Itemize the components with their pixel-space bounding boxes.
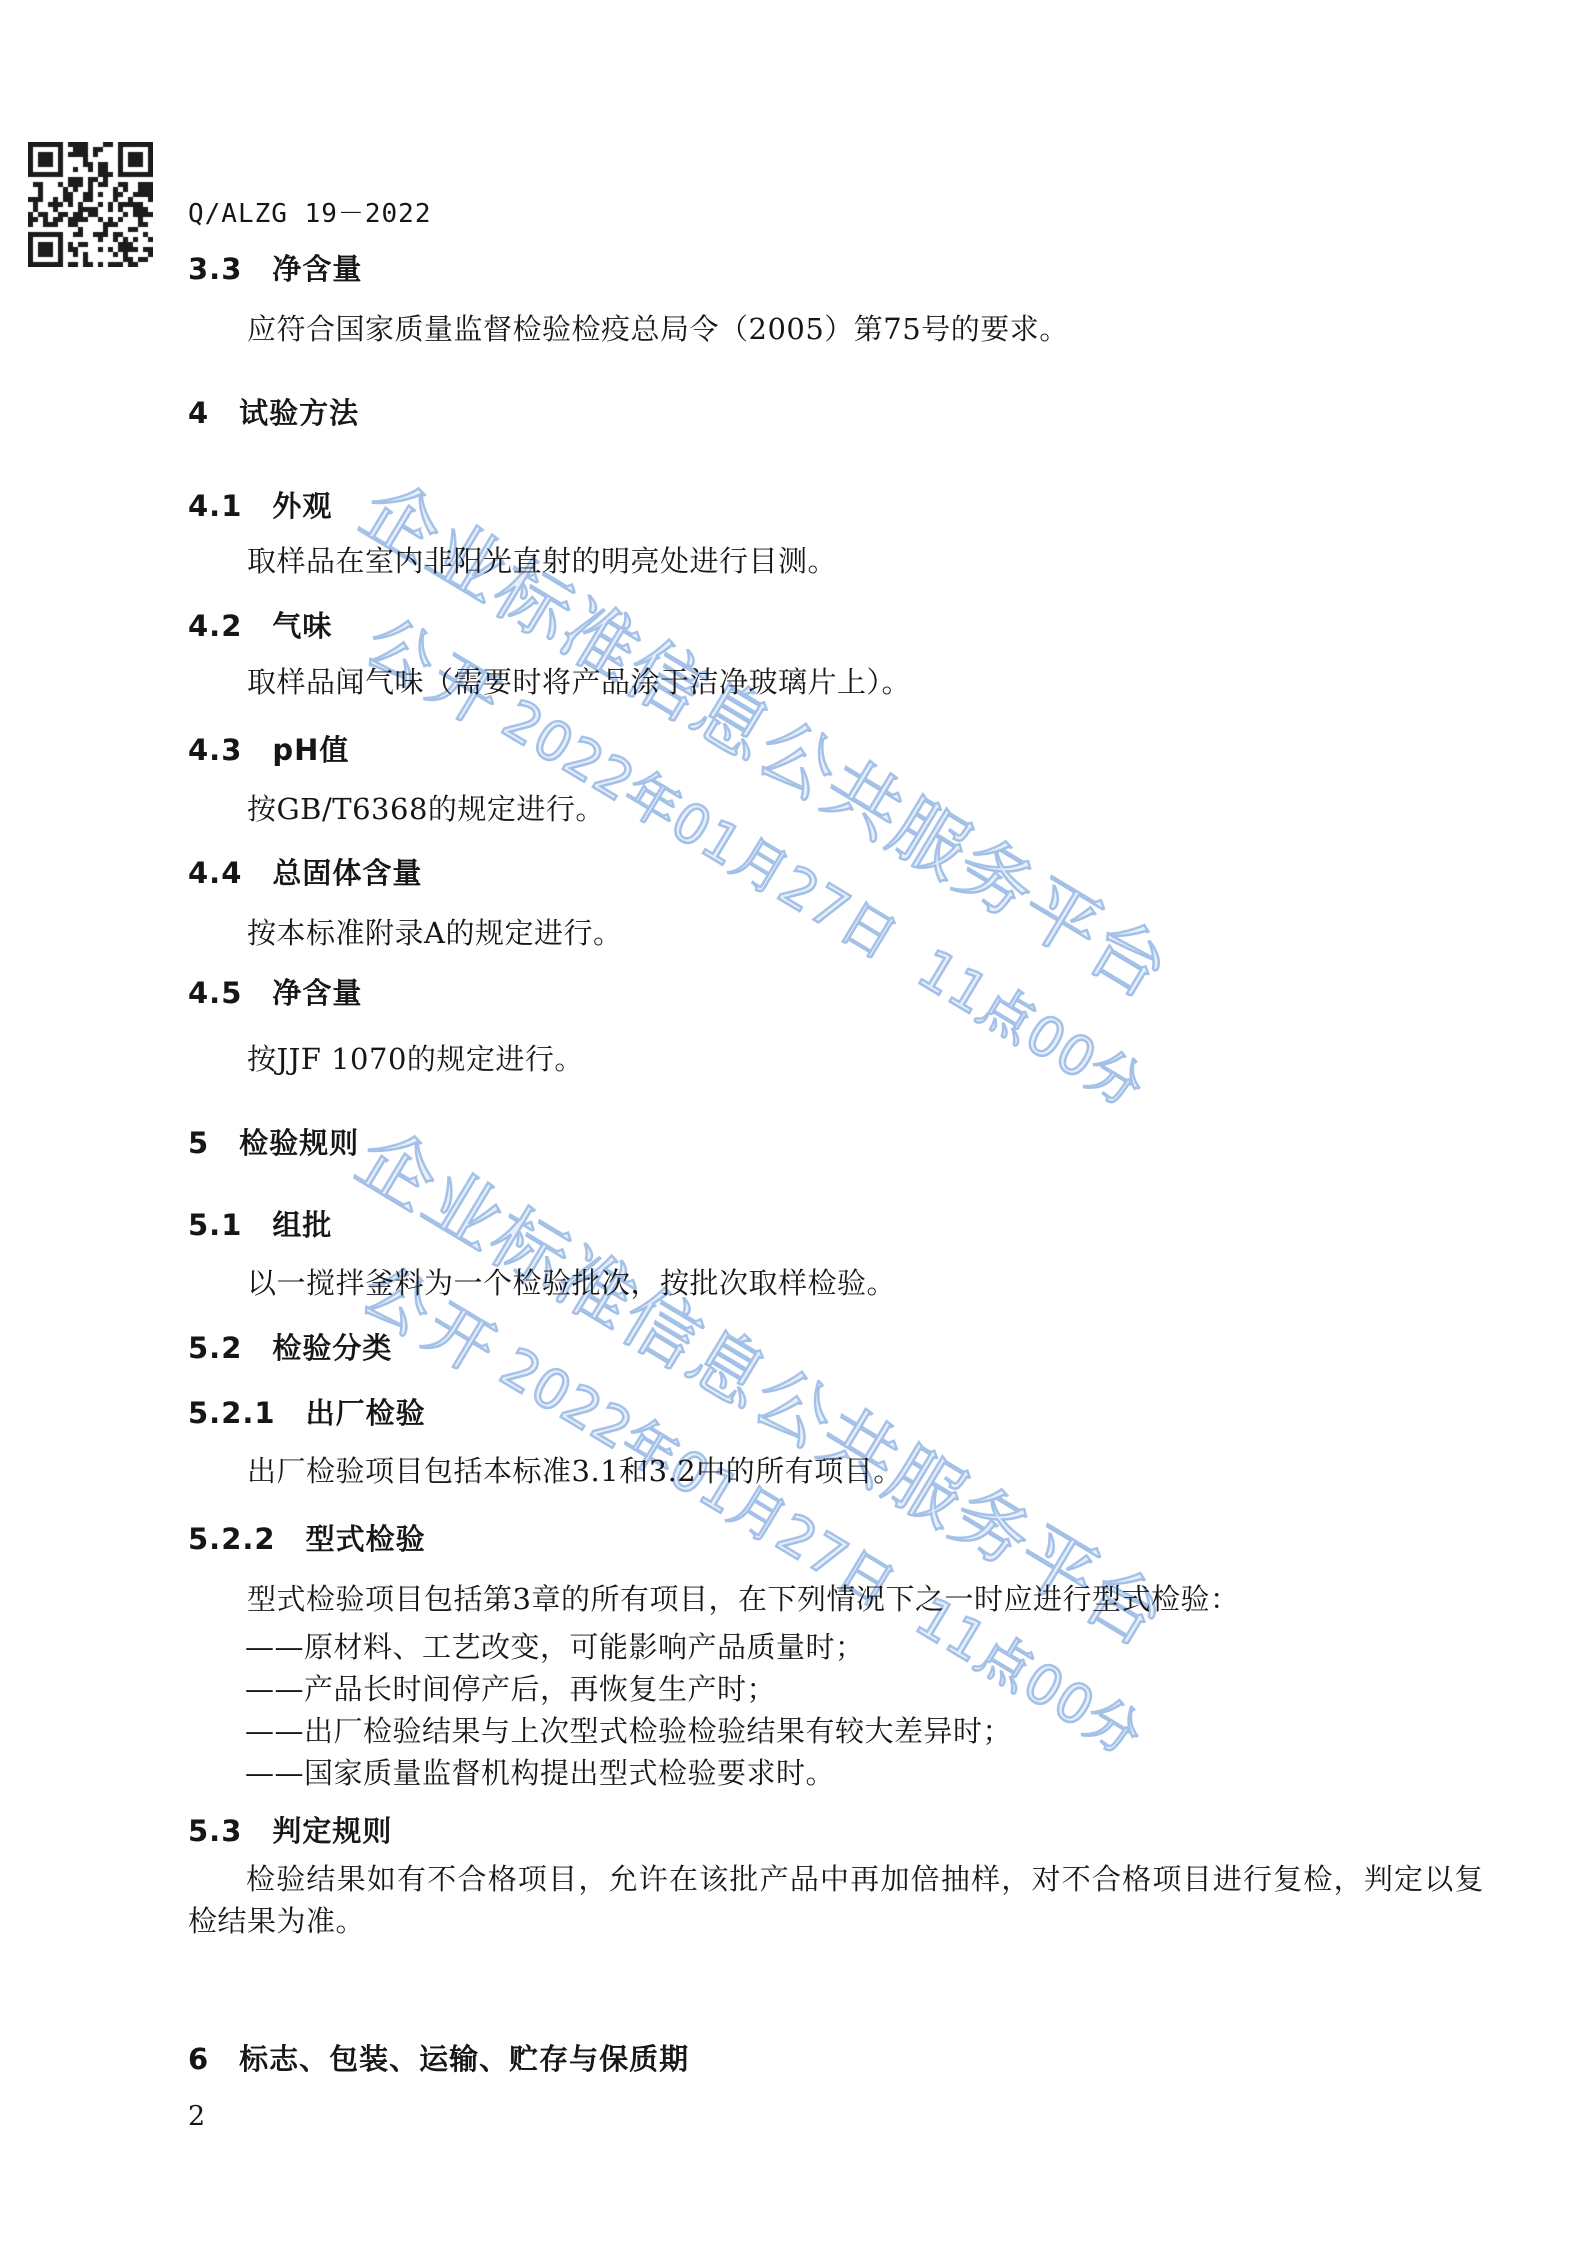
standard-number: Q/ALZG 19－2022 — [188, 193, 432, 230]
document-page: 企业标准信息公共服务平台 公开 2022年01月27日 11点00分 企业标准信… — [0, 0, 1588, 2245]
paragraph-4-4: 按本标准附录A的规定进行。 — [247, 911, 622, 952]
paragraph-5-2-2: 型式检验项目包括第3章的所有项目，在下列情况下之一时应进行型式检验： — [247, 1577, 1239, 1618]
paragraph-5-1: 以一搅拌釜料为一个检验批次，按批次取样检验。 — [247, 1261, 896, 1302]
paragraph-3-3: 应符合国家质量监督检验检疫总局令（2005）第75号的要求。 — [247, 307, 1069, 348]
paragraph-5-2-1: 出厂检验项目包括本标准3.1和3.2中的所有项目。 — [247, 1449, 903, 1490]
list-item-authority-request: ——国家质量监督机构提出型式检验要求时。 — [245, 1751, 835, 1792]
qr-code — [28, 142, 153, 267]
heading-4-2: 4.2 气味 — [188, 604, 332, 645]
page-number: 2 — [188, 2101, 205, 2132]
heading-4-3: 4.3 pH值 — [188, 728, 349, 769]
heading-6: 6 标志、包装、运输、贮存与保质期 — [188, 2037, 689, 2078]
paragraph-4-1: 取样品在室内非阳光直射的明亮处进行目测。 — [247, 539, 837, 580]
paragraph-4-5: 按JJF 1070的规定进行。 — [247, 1037, 584, 1078]
heading-5-2-2: 5.2.2 型式检验 — [188, 1517, 426, 1558]
heading-5-2: 5.2 检验分类 — [188, 1326, 392, 1367]
heading-4: 4 试验方法 — [188, 391, 359, 432]
heading-5-3: 5.3 判定规则 — [188, 1809, 392, 1850]
heading-4-4: 4.4 总固体含量 — [188, 851, 422, 892]
list-item-result-difference: ——出厂检验结果与上次型式检验检验结果有较大差异时； — [245, 1709, 1012, 1750]
paragraph-4-2: 取样品闻气味（需要时将产品涂于洁净玻璃片上）。 — [247, 660, 911, 701]
heading-4-5: 4.5 净含量 — [188, 971, 362, 1012]
heading-5-1: 5.1 组批 — [188, 1203, 332, 1244]
list-item-resume-production: ——产品长时间停产后，再恢复生产时； — [245, 1667, 776, 1708]
paragraph-4-3: 按GB/T6368的规定进行。 — [247, 787, 605, 828]
heading-5: 5 检验规则 — [188, 1121, 359, 1162]
heading-5-2-1: 5.2.1 出厂检验 — [188, 1391, 426, 1432]
heading-3-3: 3.3 净含量 — [188, 247, 362, 288]
heading-4-1: 4.1 外观 — [188, 484, 332, 525]
paragraph-5-3: 检验结果如有不合格项目，允许在该批产品中再加倍抽样，对不合格项目进行复检，判定以… — [188, 1858, 1484, 1942]
list-item-raw-material: ——原材料、工艺改变，可能影响产品质量时； — [245, 1625, 865, 1666]
